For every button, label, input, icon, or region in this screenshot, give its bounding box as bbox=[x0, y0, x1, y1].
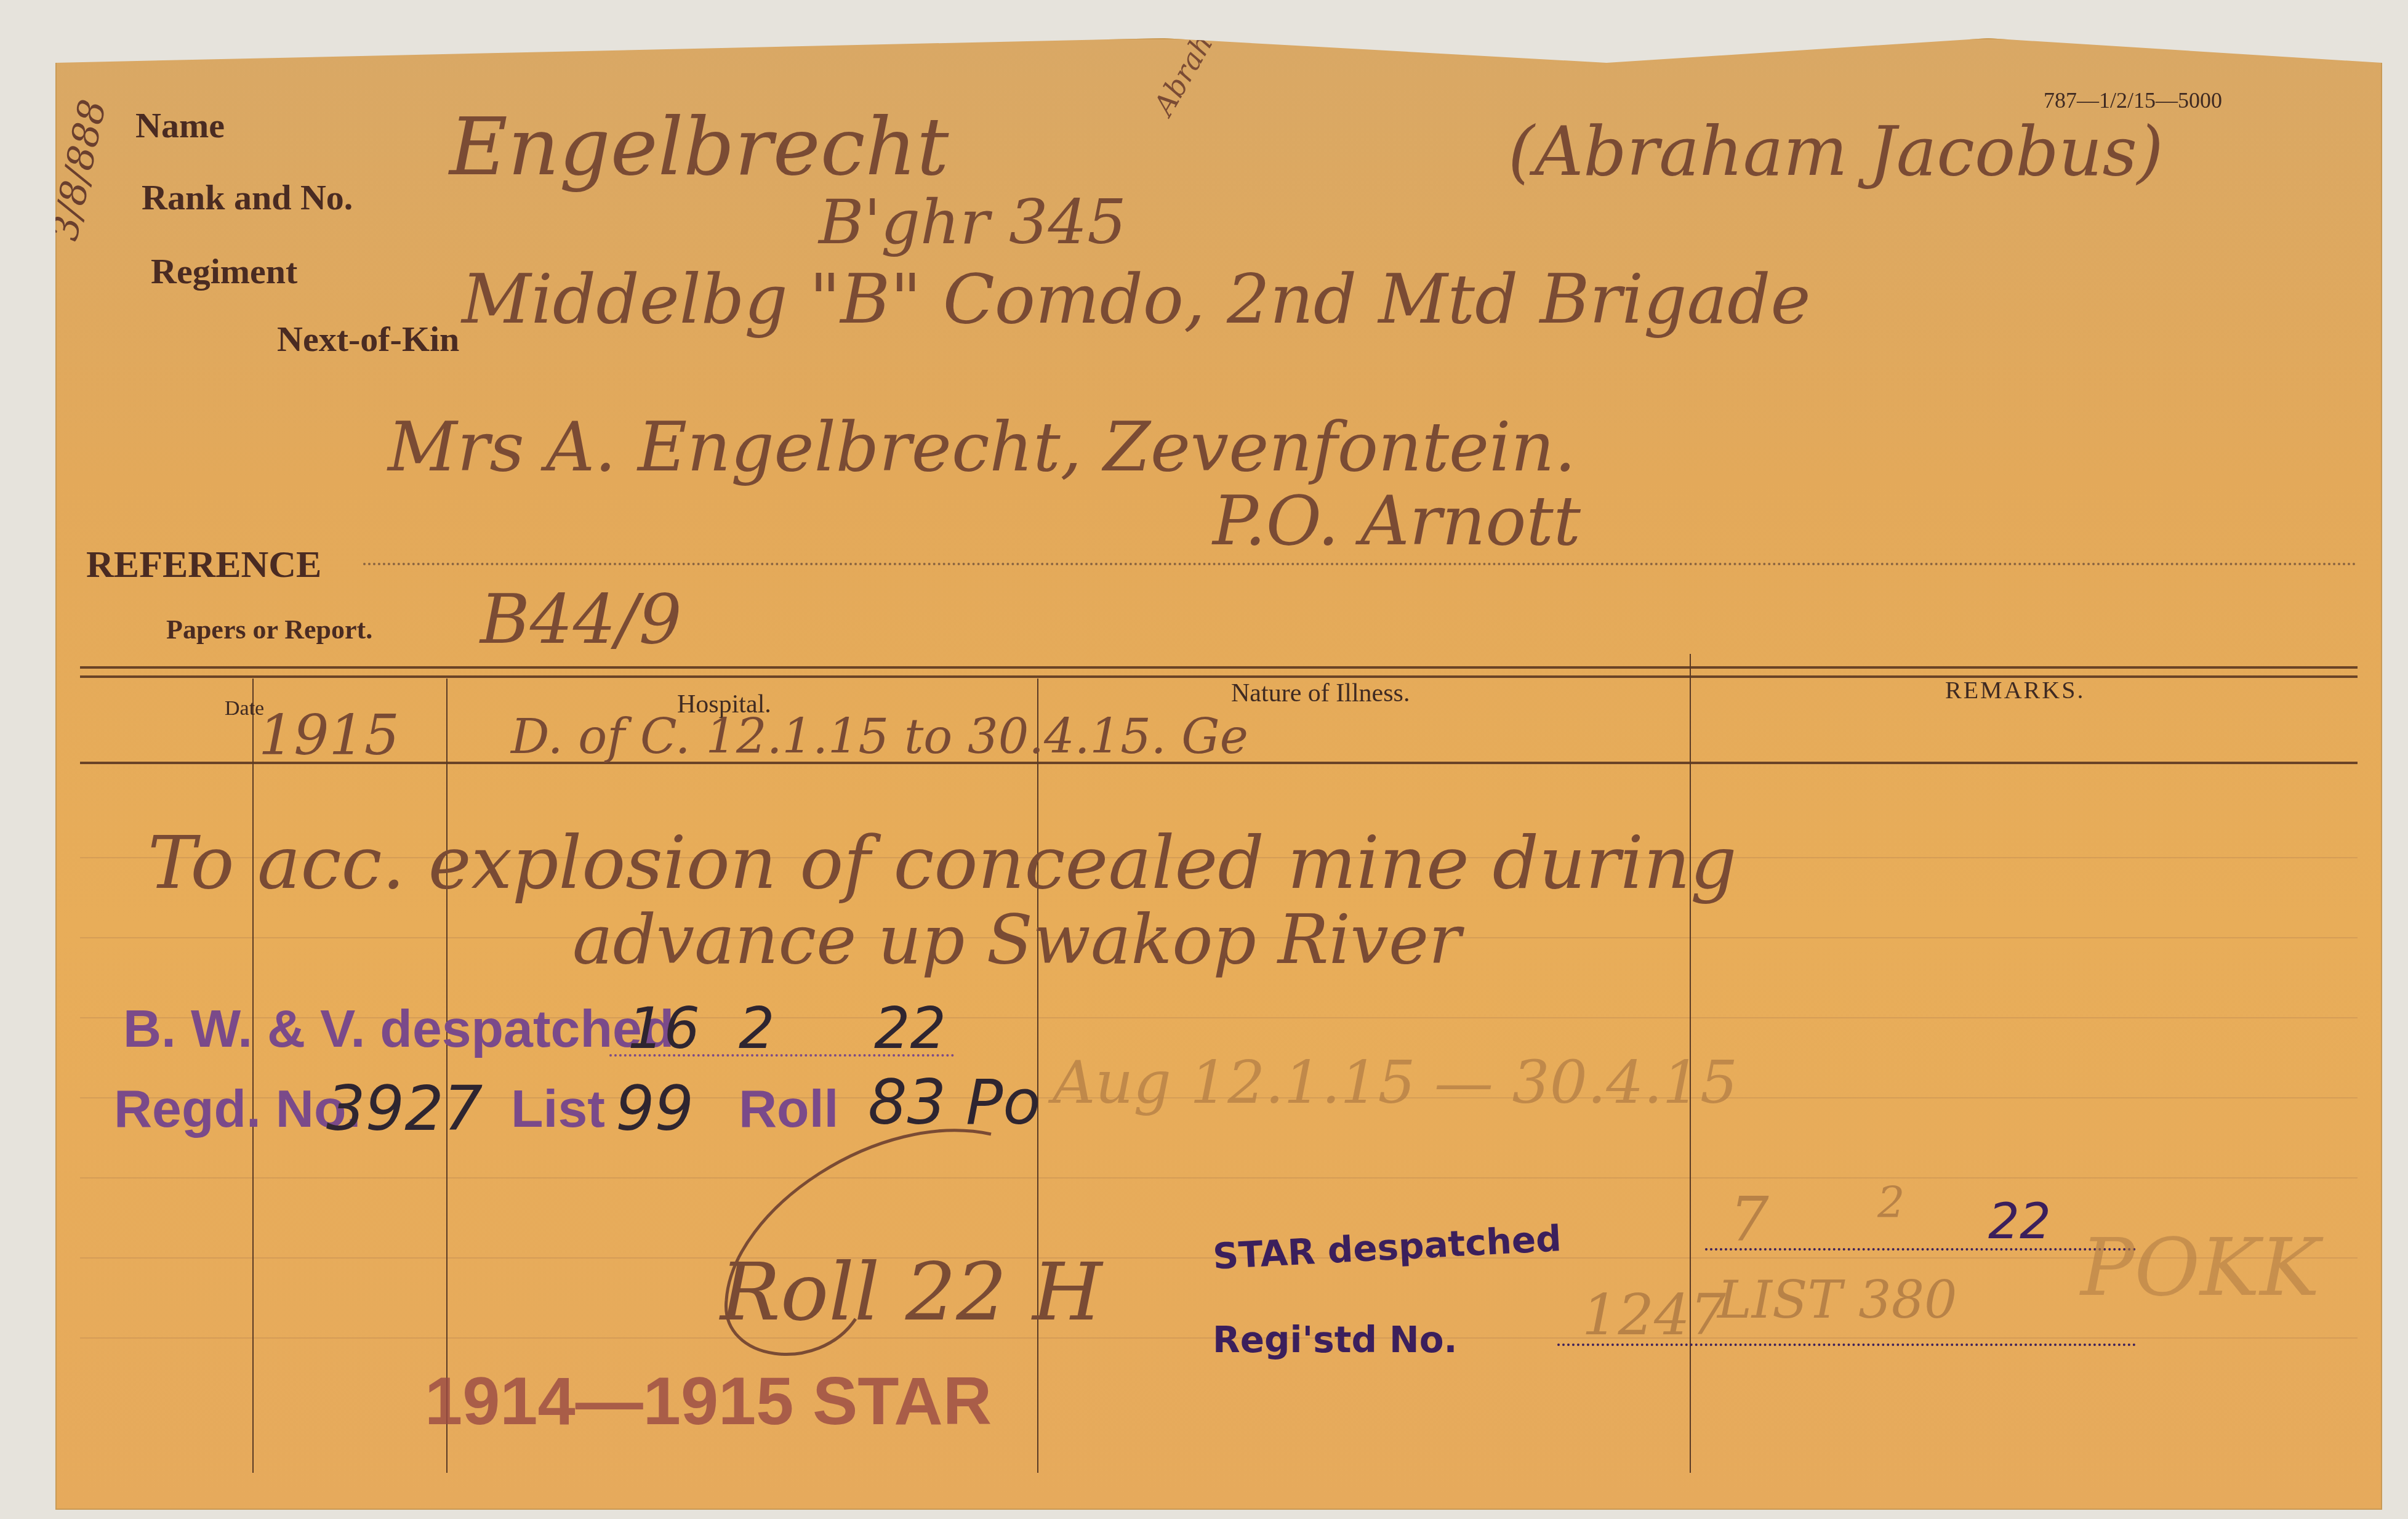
label-next-of-kin: Next-of-Kin bbox=[277, 318, 459, 360]
bwv-despatched-month: 2 bbox=[739, 996, 775, 1062]
value-surname: Engelbrecht bbox=[449, 100, 949, 193]
star-despatched-month: 2 bbox=[1877, 1177, 1905, 1228]
column-divider bbox=[252, 679, 254, 1473]
star-regd-value: 1247 bbox=[1582, 1282, 1726, 1348]
bwv-list-value: 99 bbox=[616, 1073, 694, 1145]
value-injury-line2: advance up Swakop River bbox=[572, 900, 1461, 979]
label-rank-no: Rank and No. bbox=[142, 177, 353, 218]
star-regd-label: Regi'std No. bbox=[1213, 1319, 1458, 1361]
star-list-value: LIST 380 bbox=[1717, 1270, 1957, 1330]
value-hospital-entry: D. of C. 12.1.15 to 30.4.15. Ge bbox=[511, 709, 1248, 765]
label-papers-report: Papers or Report. bbox=[166, 614, 372, 645]
value-injury-line1: To acc. explosion of concealed mine duri… bbox=[148, 820, 1737, 905]
value-reference: B44/9 bbox=[480, 580, 682, 659]
service-record-card: 787—1/2/15—5000 3/8/888 Name Rank and No… bbox=[55, 38, 2382, 1510]
column-header-remarks: REMARKS. bbox=[1945, 675, 2085, 704]
value-regiment: Middelbg "B" Comdo, 2nd Mtd Brigade bbox=[462, 260, 1811, 339]
table-top-rule bbox=[80, 666, 2358, 669]
label-reference: REFERENCE bbox=[86, 543, 321, 587]
reference-dotted-line bbox=[363, 563, 2358, 565]
value-rank-no: B'ghr 345 bbox=[819, 186, 1126, 258]
value-given-names-annotation: Abraham Johannes Jacobus bbox=[1147, 0, 1371, 121]
value-name-parenthetical: (Abraham Jacobus) bbox=[1508, 112, 2164, 191]
margin-note: 3/8/888 bbox=[43, 96, 115, 244]
star-despatched-year: 22 bbox=[1988, 1193, 2051, 1250]
label-regiment: Regiment bbox=[151, 251, 297, 292]
medal-stamp: 1914—1915 STAR bbox=[425, 1362, 992, 1440]
label-name: Name bbox=[135, 105, 225, 146]
pencil-date-note: Aug 12.1.15 — 30.4.15 bbox=[1053, 1048, 1738, 1117]
value-date: 1915 bbox=[259, 703, 399, 768]
star-despatched-dotted bbox=[1705, 1248, 2136, 1251]
ruled-line bbox=[80, 1177, 2358, 1179]
star-despatched-day: 7 bbox=[1730, 1183, 1769, 1255]
bwv-regd-label: Regd. No. bbox=[114, 1079, 361, 1140]
bwv-despatched-day: 16 bbox=[628, 996, 700, 1062]
bwv-regd-value: 3927 bbox=[326, 1073, 483, 1145]
form-code: 787—1/2/15—5000 bbox=[2044, 87, 2222, 113]
bwv-despatched-label: B. W. & V. despatched bbox=[123, 999, 674, 1060]
bwv-list-label: List bbox=[511, 1079, 605, 1140]
value-next-of-kin-line1: Mrs A. Engelbrecht, Zevenfontein. bbox=[388, 408, 1576, 486]
bwv-despatched-year: 22 bbox=[874, 996, 946, 1062]
column-header-nature-of-illness: Nature of Illness. bbox=[1231, 679, 1410, 708]
value-next-of-kin-line2: P.O. Arnott bbox=[1213, 481, 1581, 560]
roll-loop-flourish bbox=[696, 1116, 1016, 1374]
star-despatched-label: STAR despatched bbox=[1212, 1217, 1563, 1278]
star-pencil-code: POKK bbox=[2081, 1220, 2319, 1314]
